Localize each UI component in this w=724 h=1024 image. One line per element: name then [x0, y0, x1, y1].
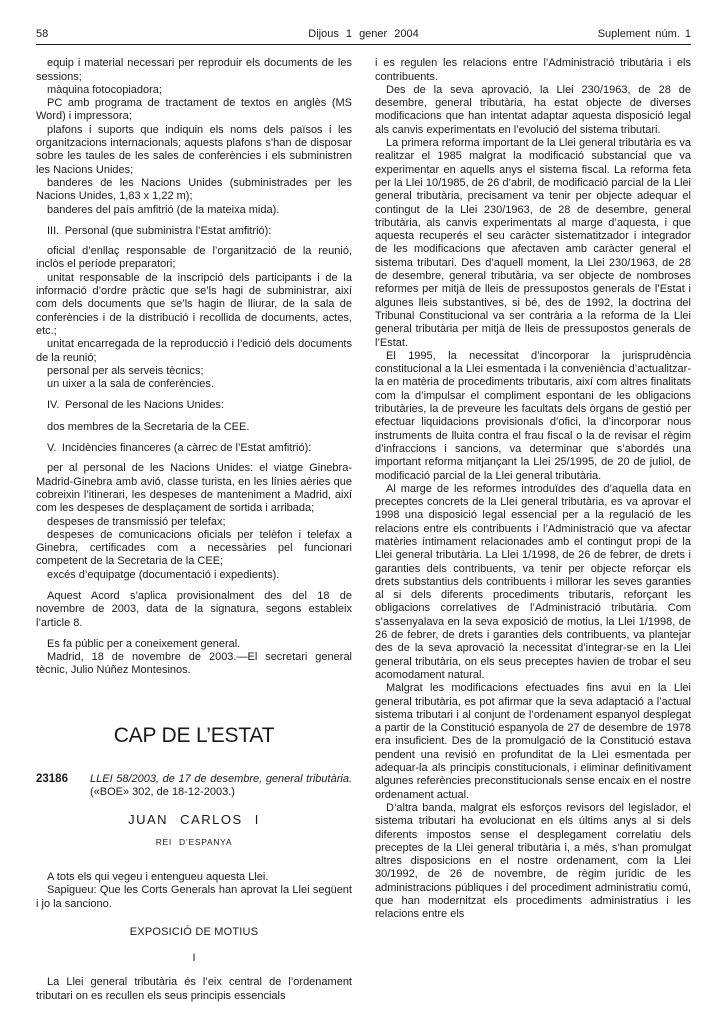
paragraph: PC amb programa de tractament de textos … [36, 97, 352, 124]
header-supplement: Suplement núm. 1 [419, 28, 691, 41]
paragraph: plafons i suports que indiquin els noms … [36, 124, 352, 177]
paragraph: banderes del país amfitrió (de la mateix… [36, 204, 352, 217]
paragraph: D’altra banda, malgrat els esforços revi… [375, 802, 691, 922]
section-heading: IV. Personal de les Nacions Unides: [36, 399, 352, 412]
document-page: 58 Dijous 1 gener 2004 Suplement núm. 1 … [0, 0, 724, 1024]
signatory-role: REI D’ESPANYA [36, 836, 352, 849]
paragraph: La primera reforma important de la Llei … [375, 137, 691, 350]
paragraph: excés d’equipatge (documentació i expedi… [36, 569, 352, 582]
paragraph: unitat responsable de la inscripció dels… [36, 272, 352, 338]
paragraph: banderes de les Nacions Unides (subminis… [36, 177, 352, 204]
part-title: CAP DE L’ESTAT [36, 724, 352, 747]
section-heading: V. Incidències financeres (a càrrec de l… [36, 442, 352, 455]
paragraph: Des de la seva aprovació, la Llei 230/19… [375, 84, 691, 137]
law-boe-reference: («BOE» 302, de 18-12-2003.) [90, 786, 235, 798]
paragraph: despeses de comunicacions oficials per t… [36, 529, 352, 569]
paragraph: Aquest Acord s’aplica provisionalment de… [36, 590, 352, 630]
paragraph: màquina fotocopiadora; [36, 84, 352, 97]
paragraph: personal per als serveis tècnics; [36, 365, 352, 378]
paragraph: Al marge de les reformes introduïdes des… [375, 483, 691, 682]
law-title: LLEI 58/2003, de 17 de desembre, general… [90, 773, 352, 785]
paragraph: El 1995, la necessitat d’incorporar la j… [375, 350, 691, 483]
paragraph: un uixer a la sala de conferències. [36, 378, 352, 391]
paragraph: unitat encarregada de la reproducció i l… [36, 338, 352, 365]
signatory-name: JUAN CARLOS I [36, 813, 352, 826]
paragraph: Sapigueu: Que les Corts Generals han apr… [36, 884, 352, 911]
page-number: 58 [36, 28, 308, 41]
header-date: Dijous 1 gener 2004 [308, 28, 418, 41]
paragraph: equip i material necessari per reproduir… [36, 57, 352, 84]
left-column: equip i material necessari per reproduir… [36, 57, 352, 1003]
paragraph: Malgrat les modificacions efectuades fin… [375, 682, 691, 802]
paragraph: despeses de transmissió per telefax; [36, 516, 352, 529]
exposition-heading: EXPOSICIÓ DE MOTIUS [36, 926, 352, 939]
paragraph: Madrid, 18 de novembre de 2003.—El secre… [36, 651, 352, 678]
right-column: i es regulen les relacions entre l’Admin… [375, 57, 691, 1003]
exposition-part-numeral: I [36, 952, 352, 965]
paragraph: dos membres de la Secretaria de la CEE. [36, 421, 352, 434]
law-number: 23186 [36, 773, 90, 800]
page-header: 58 Dijous 1 gener 2004 Suplement núm. 1 [36, 28, 691, 45]
two-column-body: equip i material necessari per reproduir… [36, 57, 691, 1003]
paragraph: oficial d’enllaç responsable de l’organi… [36, 245, 352, 272]
paragraph: Es fa públic per a coneixement general. [36, 638, 352, 651]
paragraph: La Llei general tributària és l’eix cent… [36, 976, 352, 1003]
law-entry: 23186LLEI 58/2003, de 17 de desembre, ge… [36, 773, 352, 800]
paragraph-continuation: i es regulen les relacions entre l’Admin… [375, 57, 691, 84]
paragraph: per al personal de les Nacions Unides: e… [36, 462, 352, 515]
paragraph: A tots els qui vegeu i entengueu aquesta… [36, 871, 352, 884]
law-title-block: LLEI 58/2003, de 17 de desembre, general… [90, 773, 352, 800]
section-heading: III. Personal (que subministra l’Estat a… [36, 225, 352, 238]
